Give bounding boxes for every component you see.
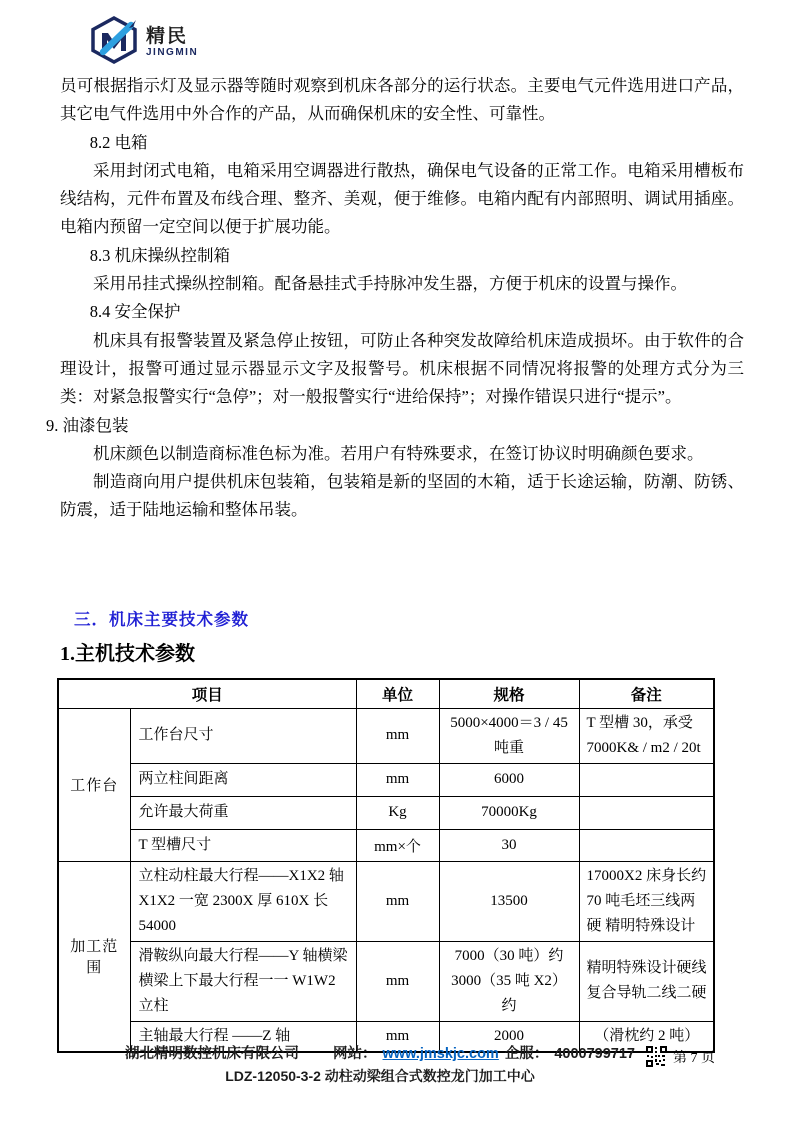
cell-unit: mm [356,861,439,941]
footer-model-line: LDZ-12050-3-2 动柱动梁组合式数控龙门加工中心 [0,1066,760,1086]
spec-table: 项目 单位 规格 备注 工作台 工作台尺寸 mm 5000×4000＝3 / 4… [57,678,715,1053]
cell-note: 精明特殊设计硬线 复合导轨二线二硬 [579,941,714,1021]
cell-unit: mm [356,941,439,1021]
paragraph-packing: 制造商向用户提供机床包装箱，包装箱是新的坚固的木箱，适于长途运输，防潮、防锈、防… [60,468,744,525]
col-header-note: 备注 [579,679,714,708]
paragraph-safety: 机床具有报警装置及紧急停止按钮，可防止各种突发故障给机床造成损坏。由于软件的合理… [60,327,744,412]
footer-company: 湖北精明数控机床有限公司 [125,1042,299,1063]
body-text: 员可根据指示灯及显示器等随时观察到机床各部分的运行状态。主要电气元件选用进口产品… [60,72,744,525]
cell-note: 17000X2 床身长约 70 吨毛坯三线两硬 精明特殊设计 [579,861,714,941]
cell-spec: 70000Kg [439,796,579,829]
subheading-main-params: 1.主机技术参数 [60,637,195,666]
cell-note: T 型槽 30，承受 7000K& / m2 / 20t [579,708,714,763]
col-header-unit: 单位 [356,679,439,708]
table-row: 允许最大荷重 Kg 70000Kg [58,796,714,829]
logo-text: 精民 JINGMIN [146,27,198,58]
table-row: 滑鞍纵向最大行程——Y 轴横梁 横梁上下最大行程一一 W1W2 立柱 mm 70… [58,941,714,1021]
cell-spec: 30 [439,829,579,861]
table-row: 加工范围 立柱动柱最大行程——X1X2 轴 X1X2 一宽 2300X 厚 61… [58,861,714,941]
cell-item: 滑鞍纵向最大行程——Y 轴横梁 横梁上下最大行程一一 W1W2 立柱 [130,941,356,1021]
cell-unit: mm [356,763,439,796]
cell-item: 允许最大荷重 [130,796,356,829]
footer-website-link[interactable]: www.jmskjc.com [383,1046,499,1062]
cell-item: 工作台尺寸 [130,708,356,763]
cell-spec: 6000 [439,763,579,796]
section-heading-8-3: 8.3 机床操纵控制箱 [60,242,744,270]
document-page: 精民 JINGMIN 员可根据指示灯及显示器等随时观察到机床各部分的运行状态。主… [0,0,800,1131]
logo: 精民 JINGMIN [88,16,198,69]
col-header-spec: 规格 [439,679,579,708]
cell-spec: 13500 [439,861,579,941]
footer-service-phone: 4000799717 [554,1046,635,1062]
logo-brand-cn: 精民 [146,27,198,46]
section-heading-9: 9. 油漆包装 [46,412,744,440]
cell-spec: 7000（30 吨）约 3000（35 吨 X2）约 [439,941,579,1021]
cell-note [579,763,714,796]
cell-item: 两立柱间距离 [130,763,356,796]
cell-item: T 型槽尺寸 [130,829,356,861]
section-heading-8-4: 8.4 安全保护 [60,298,744,326]
paragraph-electric-box: 采用封闭式电箱，电箱采用空调器进行散热，确保电气设备的正常工作。电箱采用槽板布线… [60,157,744,242]
paragraph-continuation: 员可根据指示灯及显示器等随时观察到机床各部分的运行状态。主要电气元件选用进口产品… [60,72,744,129]
qr-code-icon [646,1046,667,1067]
cell-unit: Kg [356,796,439,829]
paragraph-paint: 机床颜色以制造商标准色标为准。若用户有特殊要求，在签订协议时明确颜色要求。 [60,440,744,468]
row-group-worktable: 工作台 [58,708,130,861]
table-row: T 型槽尺寸 mm×个 30 [58,829,714,861]
section-heading-8-2: 8.2 电箱 [60,129,744,157]
footer-service-label: 企服： [505,1042,549,1063]
col-header-item: 项目 [58,679,356,708]
paragraph-control-box: 采用吊挂式操纵控制箱。配备悬挂式手持脉冲发生器，方便于机床的设置与操作。 [60,270,744,298]
table-header-row: 项目 单位 规格 备注 [58,679,714,708]
cell-item: 立柱动柱最大行程——X1X2 轴 X1X2 一宽 2300X 厚 610X 长 … [130,861,356,941]
footer-website-label: 网站： [333,1042,377,1063]
logo-hexagon-icon [88,16,140,69]
table-row: 工作台 工作台尺寸 mm 5000×4000＝3 / 45 吨重 T 型槽 30… [58,708,714,763]
logo-brand-en: JINGMIN [146,48,198,58]
cell-note [579,829,714,861]
row-group-machining-range: 加工范围 [58,861,130,1052]
table-row: 两立柱间距离 mm 6000 [58,763,714,796]
cell-note [579,796,714,829]
chapter-heading-tech-params: 三．机床主要技术参数 [74,606,249,630]
page-number: 第 7 页 [673,1047,715,1067]
cell-unit: mm×个 [356,829,439,861]
cell-unit: mm [356,708,439,763]
cell-spec: 5000×4000＝3 / 45 吨重 [439,708,579,763]
